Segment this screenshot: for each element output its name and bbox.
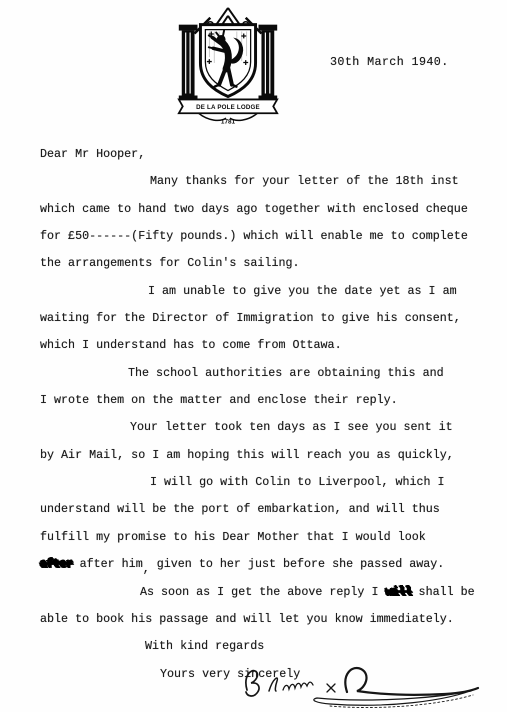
letter-text: the arrangements for Colin's sailing. bbox=[40, 256, 300, 270]
letter-line: after after him, given to her just befor… bbox=[40, 551, 480, 578]
letter-line: I am unable to give you the date yet as … bbox=[40, 278, 480, 305]
letter-text: I am unable to give you the date yet as … bbox=[148, 284, 457, 298]
letter-text: I will go with Colin to Liverpool, which… bbox=[150, 475, 445, 489]
letter-text: I wrote them on the matter and enclose t… bbox=[40, 393, 398, 407]
letter-text: fulfill my promise to his Dear Mother th… bbox=[40, 530, 426, 544]
letter-text: , bbox=[143, 556, 150, 583]
letter-text: The school authorities are obtaining thi… bbox=[128, 366, 444, 380]
letter-text: which I understand has to come from Otta… bbox=[40, 338, 342, 352]
struck-out-word: after bbox=[40, 557, 73, 571]
handwritten-signature bbox=[235, 658, 490, 712]
letter-line: I will go with Colin to Liverpool, which… bbox=[40, 469, 480, 496]
letter-text: understand will be the port of embarkati… bbox=[40, 502, 440, 516]
letter-text: Dear Mr Hooper, bbox=[40, 147, 145, 161]
letter-text: by Air Mail, so I am hoping this will re… bbox=[40, 448, 454, 462]
letter-line: Dear Mr Hooper, bbox=[40, 141, 480, 168]
letter-line: which I understand has to come from Otta… bbox=[40, 332, 480, 359]
pillar-right bbox=[259, 25, 278, 102]
letter-line: Your letter took ten days as I see you s… bbox=[40, 414, 480, 441]
letter-text: Many thanks for your letter of the 18th … bbox=[150, 174, 459, 188]
letter-line: Many thanks for your letter of the 18th … bbox=[40, 168, 480, 195]
letter-line: for £50------(Fifty pounds.) which will … bbox=[40, 223, 480, 250]
letter-line: able to book his passage and will let yo… bbox=[40, 606, 480, 633]
letter-page: DE LA POLE LODGE 1781 30th March 1940. D… bbox=[0, 0, 507, 712]
letter-line: understand will be the port of embarkati… bbox=[40, 496, 480, 523]
letter-line: the arrangements for Colin's sailing. bbox=[40, 250, 480, 277]
letter-text: given to her just before she passed away… bbox=[150, 557, 445, 571]
letter-line: waiting for the Director of Immigration … bbox=[40, 305, 480, 332]
letter-text: With kind regards bbox=[145, 639, 264, 653]
lodge-crest-emblem: DE LA POLE LODGE 1781 bbox=[172, 4, 284, 126]
letter-text: shall be bbox=[412, 585, 475, 599]
letter-line: fulfill my promise to his Dear Mother th… bbox=[40, 524, 480, 551]
letter-text: for £50------(Fifty pounds.) which will … bbox=[40, 229, 468, 243]
letter-line: which came to hand two days ago together… bbox=[40, 196, 480, 223]
crest-lodge-number: 1781 bbox=[221, 119, 236, 126]
letter-body: Dear Mr Hooper,Many thanks for your lett… bbox=[40, 141, 480, 688]
letter-line: With kind regards bbox=[40, 633, 480, 660]
struck-out-word: will bbox=[385, 585, 411, 599]
pillar-left bbox=[179, 25, 198, 102]
letter-text: after him bbox=[73, 557, 143, 571]
crest-banner-text: DE LA POLE LODGE bbox=[196, 104, 260, 111]
letter-text: waiting for the Director of Immigration … bbox=[40, 311, 461, 325]
letter-line: by Air Mail, so I am hoping this will re… bbox=[40, 442, 480, 469]
letter-date: 30th March 1940. bbox=[330, 55, 449, 69]
letter-text: As soon as I get the above reply I bbox=[140, 585, 385, 599]
letter-text: able to book his passage and will let yo… bbox=[40, 612, 454, 626]
letter-text: which came to hand two days ago together… bbox=[40, 202, 468, 216]
letter-text: Your letter took ten days as I see you s… bbox=[130, 420, 453, 434]
letter-line: As soon as I get the above reply I will … bbox=[40, 579, 480, 606]
banner-ribbon: DE LA POLE LODGE bbox=[179, 99, 277, 113]
letter-line: I wrote them on the matter and enclose t… bbox=[40, 387, 480, 414]
letter-line: The school authorities are obtaining thi… bbox=[40, 360, 480, 387]
